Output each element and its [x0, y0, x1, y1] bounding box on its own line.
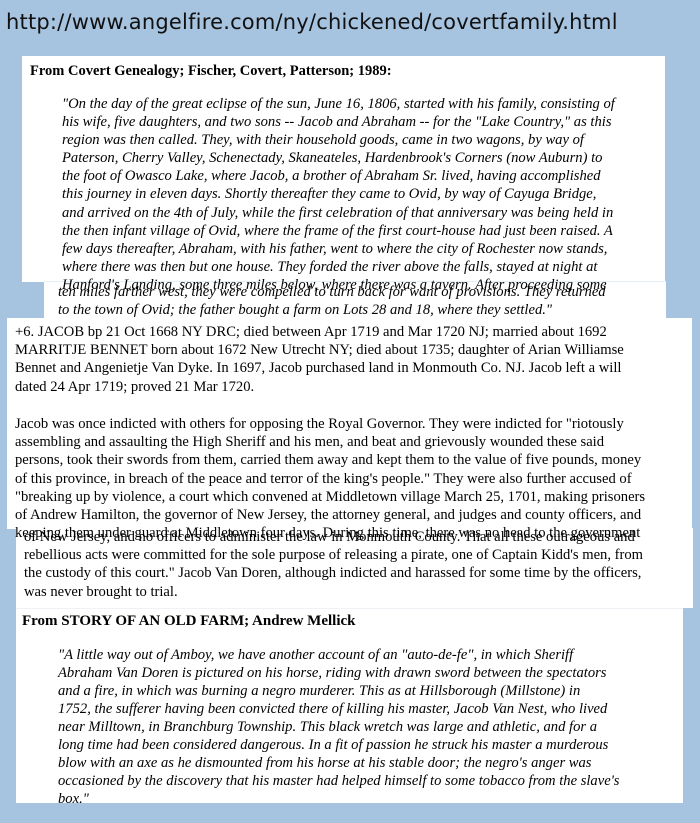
quote-line: blow with an axe as he dismounted from h…: [58, 754, 620, 772]
old-farm-heading: From STORY OF AN OLD FARM; Andrew Mellic…: [22, 613, 356, 630]
quote-line: and a fire, in which was burning a negro…: [58, 682, 620, 700]
paragraph-line: was never brought to trial.: [24, 583, 643, 601]
quote-line: to the town of Ovid; the father bought a…: [58, 301, 606, 319]
quote-line: Paterson, Cherry Valley, Schenectady, Sk…: [62, 149, 615, 167]
quote-line: long time had been considered dangerous.…: [58, 736, 620, 754]
quote-line: this journey in eleven days. Shortly the…: [62, 185, 615, 203]
quote-line: "On the day of the great eclipse of the …: [62, 95, 615, 113]
quote-line: few days thereafter, Abraham, with his f…: [62, 240, 615, 258]
quote-line: the foot of Owasco Lake, where Jacob, a …: [62, 167, 615, 185]
covert-genealogy-heading: From Covert Genealogy; Fischer, Covert, …: [30, 63, 392, 80]
entry-line: +6. JACOB bp 21 Oct 1668 NY DRC; died be…: [15, 323, 624, 341]
paragraph-line: rebellious acts were committed for the s…: [24, 546, 643, 564]
jacob-entry: +6. JACOB bp 21 Oct 1668 NY DRC; died be…: [15, 323, 624, 396]
quote-line: his wife, five daughters, and two sons -…: [62, 113, 615, 131]
covert-genealogy-quote-continuation: ten miles farther west, they were compel…: [58, 283, 606, 319]
covert-genealogy-quote: "On the day of the great eclipse of the …: [62, 95, 615, 294]
paragraph-line: persons, took their swords from them, ca…: [15, 451, 645, 469]
quote-line: region was then called. They, with their…: [62, 131, 615, 149]
paragraph-line: "breaking up by violence, a court which …: [15, 488, 645, 506]
quote-line: the then infant village of Ovid, where t…: [62, 222, 615, 240]
quote-line: "A little way out of Amboy, we have anot…: [58, 646, 620, 664]
paragraph-line: of New Jersey, and no officers to admini…: [24, 528, 643, 546]
page-url: http://www.angelfire.com/ny/chickened/co…: [6, 10, 618, 34]
quote-line: and arrived on the 4th of July, while th…: [62, 204, 615, 222]
entry-line: MARRITJE BENNET born about 1672 New Utre…: [15, 341, 624, 359]
paragraph-line: of this province, in breach of the peace…: [15, 470, 645, 488]
paragraph-line: assembling and assaulting the High Sheri…: [15, 433, 645, 451]
quote-line: ten miles farther west, they were compel…: [58, 283, 606, 301]
paragraph-line: of Andrew Hamilton, the governor of New …: [15, 506, 645, 524]
entry-line: Bennet and Angenietje Van Dyke. In 1697,…: [15, 359, 624, 377]
quote-line: Abraham Van Doren is pictured on his hor…: [58, 664, 620, 682]
quote-line: near Milltown, in Branchburg Township. T…: [58, 718, 620, 736]
quote-line: where there was then but one house. They…: [62, 258, 615, 276]
jacob-indictment-continuation: of New Jersey, and no officers to admini…: [24, 528, 643, 601]
paragraph-line: Jacob was once indicted with others for …: [15, 415, 645, 433]
paragraph-line: the custody of this court." Jacob Van Do…: [24, 564, 643, 582]
entry-line: dated 24 Apr 1719; proved 21 Mar 1720.: [15, 378, 624, 396]
old-farm-quote: "A little way out of Amboy, we have anot…: [58, 646, 620, 808]
jacob-indictment-paragraph: Jacob was once indicted with others for …: [15, 415, 645, 542]
quote-line: occasioned by the discovery that his mas…: [58, 772, 620, 790]
quote-line: 1752, the sufferer having been convicted…: [58, 700, 620, 718]
quote-line: box.": [58, 790, 620, 808]
